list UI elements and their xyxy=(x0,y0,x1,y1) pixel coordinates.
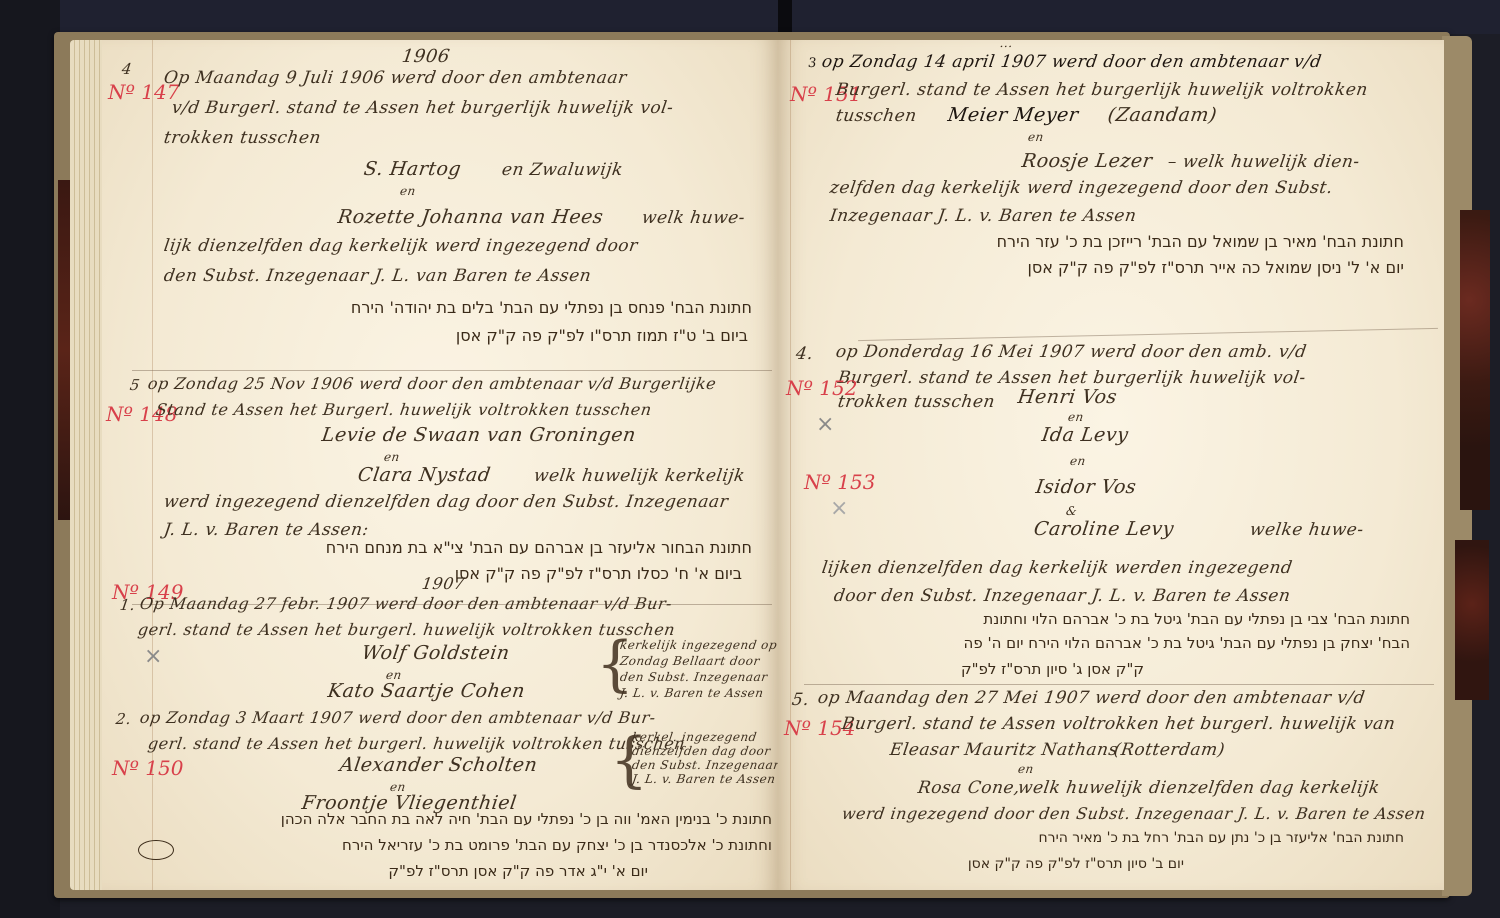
page-edges-left xyxy=(70,40,106,890)
bride-name: Rozette Johanna van Hees xyxy=(336,206,604,228)
groom-note: en Zwaluwijk xyxy=(501,160,625,180)
hebrew-annotation: וחתונת כ' אלכסנדר בן כ' יצחק עם הבת' פרו… xyxy=(342,836,772,854)
entry-line: den Subst. Inzegenaar J. L. van Baren te… xyxy=(163,266,593,286)
entry-line: Burgerl. stand te Assen het burgerlijk h… xyxy=(835,80,1370,100)
hebrew-circle-mark xyxy=(138,840,174,860)
entry-line: lijken dienzelfden dag kerkelijk werden … xyxy=(821,558,1294,578)
entry-seq: 2. xyxy=(115,710,133,728)
right-page: ... 3 Nº 151 op Zondag 14 april 1907 wer… xyxy=(778,40,1444,890)
entry-line: zelfden dag kerkelijk werd ingezegend do… xyxy=(829,178,1335,198)
cover-marble-right-top xyxy=(1460,210,1490,510)
conjunction: en xyxy=(1067,410,1085,424)
entry-line: trokken tusschen xyxy=(837,392,997,412)
conjunction: en xyxy=(1027,130,1045,144)
entry-line: werd ingezegend dienzelfden dag door den… xyxy=(163,492,730,512)
hebrew-annotation: חתונת הבח' פנחס בן נפתלי עם הבת' בלים בת… xyxy=(351,298,752,317)
conjunction: en xyxy=(1017,762,1035,776)
entry-line: op Donderdag 16 Mei 1907 werd door den a… xyxy=(835,342,1308,362)
year-heading: 1906 xyxy=(401,46,452,67)
conjunction: en xyxy=(399,184,417,198)
hebrew-annotation: יום א' י"ג אדר פה ק"ק אסן תרס"ז לפ"ק xyxy=(388,862,648,880)
entry-line: op Zondag 25 Nov 1906 werd door den ambt… xyxy=(147,374,718,393)
side-note: kerkelijk ingezegend op xyxy=(619,638,778,652)
hebrew-annotation: חתונת כ' בנימין האמ' ווה בן כ' נפתלי עם … xyxy=(281,810,772,828)
top-mark: ... xyxy=(999,40,1014,50)
entry-line: Op Maandag 27 febr. 1907 werd door den a… xyxy=(139,594,674,613)
side-note: Zondag Bellaart door xyxy=(619,654,761,668)
bride-name: Roosje Lezer xyxy=(1020,150,1153,172)
side-note: den Subst. Inzegenaar xyxy=(631,758,778,772)
year-heading: 1907 xyxy=(421,574,466,593)
entry-line: v/d Burgerl. stand te Assen het burgerli… xyxy=(171,98,675,118)
hebrew-annotation: חתונת הבחור אליעזר בן אברהם עם הבת' צי"א… xyxy=(326,538,752,557)
entry-line: Burgerl. stand te Assen voltrokken het b… xyxy=(841,714,1397,734)
entry-line: op Zondag 3 Maart 1907 werd door den amb… xyxy=(139,708,657,727)
hebrew-annotation: הבח' יצחק בן נפתלי עם הבת' גיטל בת כ' אב… xyxy=(964,634,1410,652)
entry-line: trokken tusschen xyxy=(163,128,323,148)
margin-rule xyxy=(790,40,791,890)
entry-line: – welk huwelijk dien- xyxy=(1167,152,1361,172)
entry-line: door den Subst. Inzegenaar J. L. v. Bare… xyxy=(833,586,1292,606)
hebrew-annotation: ק"ק אסן ג' סיון תרס"ז לפ"ק xyxy=(961,660,1144,678)
entry-line: welk huwelijk kerkelijk xyxy=(533,466,747,486)
groom-note: (Rotterdam) xyxy=(1113,740,1227,760)
entry-divider xyxy=(132,370,772,371)
side-note: dienzelfden dag door xyxy=(631,744,772,758)
hebrew-annotation: יום ב' סיון תרס"ז לפ"ק פה ק"ק אסן xyxy=(968,856,1184,872)
side-note: J. L. v. Baren te Assen xyxy=(631,772,776,786)
entry-line: werd ingezegend door den Subst. Inzegena… xyxy=(841,804,1427,823)
entry-divider xyxy=(858,328,1438,341)
entry-line: op Zondag 14 april 1907 werd door den am… xyxy=(821,52,1323,72)
entry-seq: 1. xyxy=(119,596,137,614)
conjunction: en xyxy=(1069,454,1087,468)
entry-line: Stand te Assen het Burgerl. huwelijk vol… xyxy=(155,400,653,419)
hebrew-annotation: ביום א' ח' כסלו תרס"ז לפ"ק פה ק"ק אסן xyxy=(455,564,742,583)
entry-line: op Maandag den 27 Mei 1907 werd door den… xyxy=(817,688,1367,708)
side-note: den Subst. Inzegenaar xyxy=(619,670,768,684)
groom-name: Eleasar Mauritz Nathans xyxy=(889,740,1120,760)
entry-line: tusschen xyxy=(835,106,919,126)
bride-name: Kato Saartje Cohen xyxy=(326,680,526,702)
cross-mark: × xyxy=(816,412,834,437)
bride-name: Ida Levy xyxy=(1040,424,1129,446)
groom-name: Isidor Vos xyxy=(1034,476,1137,498)
hebrew-annotation: ביום ב' ט"ז תמוז תרס"ו לפ"ק פה ק"ק אסן xyxy=(456,326,748,345)
backdrop-left xyxy=(0,0,60,918)
cross-mark: × xyxy=(144,644,162,669)
hebrew-annotation: חתונת הבח' אליעזר בן כ' נתן עם הבת' רחל … xyxy=(1039,830,1404,846)
entry-line: welke huwe- xyxy=(1249,520,1365,540)
backdrop-top xyxy=(0,0,1500,34)
groom-name: Meier Meyer xyxy=(946,104,1079,126)
entry-line: lijk dienzelfden dag kerkelijk werd inge… xyxy=(163,236,640,256)
entry-seq: 3 xyxy=(807,56,818,71)
conjunction: en xyxy=(383,450,401,464)
left-page: 1906 4 Nº 147 Op Maandag 9 Juli 1906 wer… xyxy=(102,40,778,890)
groom-name: Levie de Swaan van Groningen xyxy=(320,424,637,446)
entry-line: Burgerl. stand te Assen het burgerlijk h… xyxy=(837,368,1308,388)
entry-line: J. L. v. Baren te Assen: xyxy=(163,520,371,540)
cover-marble-right-bottom xyxy=(1455,540,1489,700)
cross-mark: × xyxy=(830,496,848,521)
hebrew-annotation: חתונת הבח' צבי בן נפתלי עם הבת' גיטל בת … xyxy=(983,610,1410,628)
entry-line: gerl. stand te Assen het burgerl. huweli… xyxy=(147,734,687,753)
side-note: J. L. v. Baren te Assen xyxy=(619,686,764,700)
groom-name: Henri Vos xyxy=(1016,386,1118,408)
book-clamp xyxy=(778,0,792,34)
hebrew-annotation: חתונת הבח' מאיר בן שמואל עם הבת' רייזכן … xyxy=(997,232,1404,251)
entry-line: welk huwe- xyxy=(641,208,747,228)
entry-line: Inzegenaar J. L. v. Baren te Assen xyxy=(829,206,1138,226)
entry-seq: 5. xyxy=(791,690,811,710)
groom-name: S. Hartog xyxy=(362,158,462,180)
side-note: kerkel. ingezegend xyxy=(631,730,758,744)
entry-line: welk huwelijk dienzelfden dag kerkelijk xyxy=(1017,778,1381,798)
register-number: Nº 153 xyxy=(804,470,875,494)
entry-seq: 4 xyxy=(121,60,134,78)
bride-name: Rosa Cone, xyxy=(917,778,1022,798)
register-number: Nº 150 xyxy=(112,756,183,780)
entry-seq: 4. xyxy=(795,344,815,364)
bride-name: Caroline Levy xyxy=(1032,518,1175,540)
groom-name: Alexander Scholten xyxy=(338,754,538,776)
groom-name: Wolf Goldstein xyxy=(360,642,511,664)
conjunction: & xyxy=(1065,504,1078,518)
hebrew-annotation: יום א' ל' ניסן שמואל כה אייר תרס"ז לפ"ק … xyxy=(1027,258,1404,277)
groom-note: (Zaandam) xyxy=(1106,104,1218,126)
entry-divider xyxy=(804,684,1434,685)
entry-line: Op Maandag 9 Juli 1906 werd door den amb… xyxy=(163,68,628,88)
entry-seq: 5 xyxy=(129,376,142,394)
bride-name: Clara Nystad xyxy=(356,464,492,486)
